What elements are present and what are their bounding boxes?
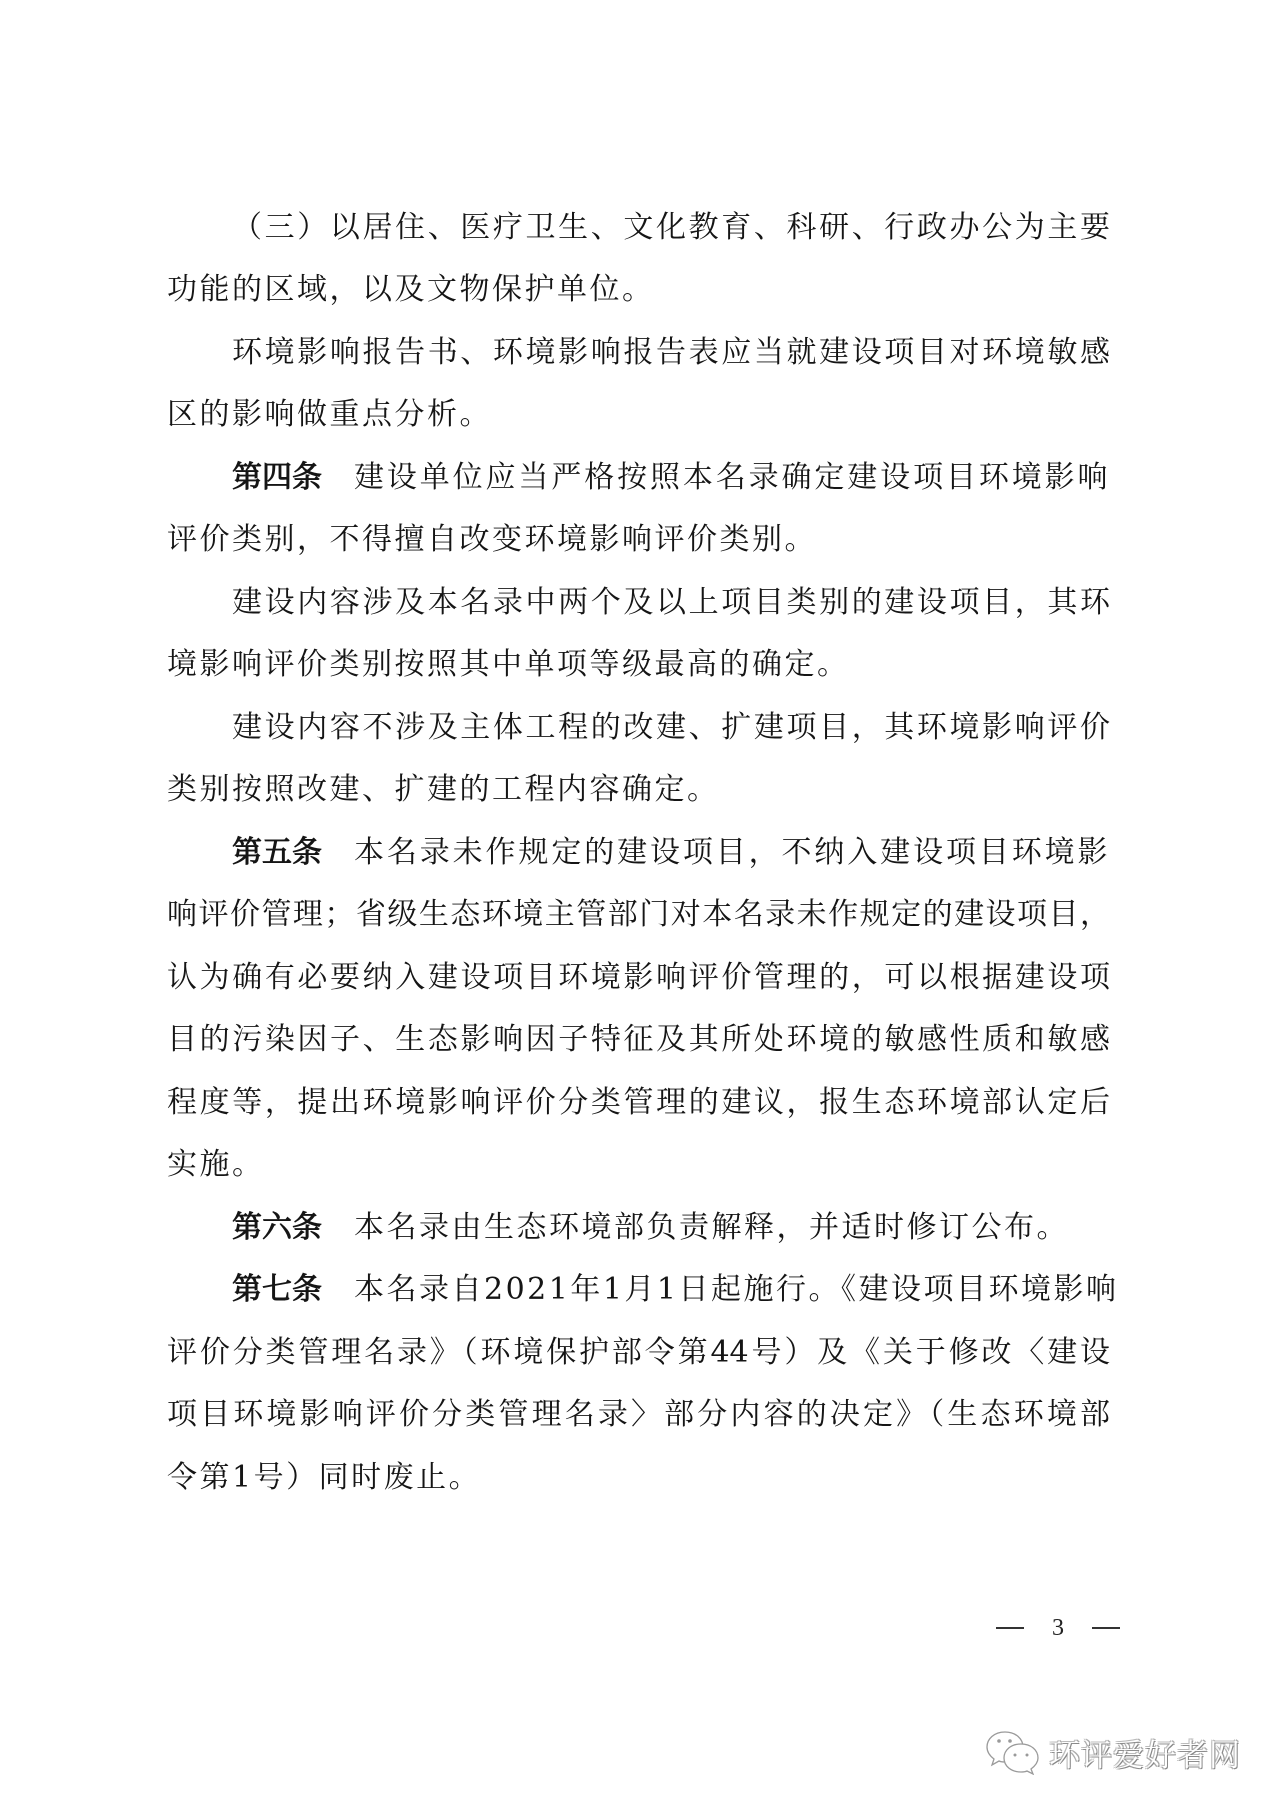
page-dash-left <box>996 1627 1024 1629</box>
article-7-line: 第七条 本名录自2021年1月1日起施行。《建设项目环境影响 <box>232 1270 1110 1310</box>
paragraph-line: 评价类别，不得擅自改变环境影响评价类别。 <box>167 520 1110 560</box>
article-6-line: 第六条 本名录由生态环境部负责解释，并适时修订公布。 <box>232 1208 1110 1248</box>
watermark-text: 环评爱好者网 <box>1049 1730 1241 1775</box>
paragraph-line: 类别按照改建、扩建的工程内容确定。 <box>167 770 1110 810</box>
paragraph-line: 认为确有必要纳入建设项目环境影响评价管理的，可以根据建设项 <box>167 958 1110 998</box>
paragraph-line: 功能的区域，以及文物保护单位。 <box>167 270 1110 310</box>
article-heading: 第七条 <box>232 1270 322 1310</box>
paragraph-line: 响评价管理；省级生态环境主管部门对本名录未作规定的建设项目， <box>167 895 1110 935</box>
article-text: 建设单位应当严格按照本名录确定建设项目环境影响 <box>354 458 1110 498</box>
article-text: 本名录自2021年1月1日起施行。《建设项目环境影响 <box>354 1270 1119 1310</box>
document-page: （三）以居住、医疗卫生、文化教育、科研、行政办公为主要 功能的区域，以及文物保护… <box>0 0 1280 1810</box>
paragraph-line: 建设内容不涉及主体工程的改建、扩建项目，其环境影响评价 <box>232 708 1110 748</box>
wechat-icon <box>985 1729 1043 1775</box>
paragraph-line: （三）以居住、医疗卫生、文化教育、科研、行政办公为主要 <box>232 208 1110 248</box>
article-heading: 第六条 <box>232 1208 322 1248</box>
paragraph-line: 区的影响做重点分析。 <box>167 395 1110 435</box>
paragraph-line: 环境影响报告书、环境影响报告表应当就建设项目对环境敏感 <box>232 333 1110 373</box>
paragraph-line: 目的污染因子、生态影响因子特征及其所处环境的敏感性质和敏感 <box>167 1020 1110 1060</box>
article-heading: 第五条 <box>232 833 322 873</box>
paragraph-line: 评价分类管理名录》（环境保护部令第44号）及《关于修改〈建设 <box>167 1333 1110 1373</box>
article-heading: 第四条 <box>232 458 322 498</box>
paragraph-line: 建设内容涉及本名录中两个及以上项目类别的建设项目，其环 <box>232 583 1110 623</box>
article-4-line: 第四条 建设单位应当严格按照本名录确定建设项目环境影响 <box>232 458 1110 498</box>
page-number: 3 <box>996 1612 1120 1644</box>
page-dash-right <box>1092 1627 1120 1629</box>
page-number-value: 3 <box>1052 1615 1064 1642</box>
article-text: 本名录由生态环境部负责解释，并适时修订公布。 <box>354 1208 1110 1248</box>
paragraph-line: 实施。 <box>167 1145 1110 1185</box>
watermark: 环评爱好者网 <box>985 1728 1241 1776</box>
paragraph-line: 项目环境影响评价分类管理名录〉部分内容的决定》（生态环境部 <box>167 1395 1110 1435</box>
paragraph-line: 境影响评价类别按照其中单项等级最高的确定。 <box>167 645 1110 685</box>
article-text: 本名录未作规定的建设项目，不纳入建设项目环境影 <box>354 833 1110 873</box>
paragraph-line: 程度等，提出环境影响评价分类管理的建议，报生态环境部认定后 <box>167 1083 1110 1123</box>
article-5-line: 第五条 本名录未作规定的建设项目，不纳入建设项目环境影 <box>232 833 1110 873</box>
paragraph-line: 令第1号）同时废止。 <box>167 1458 1110 1498</box>
